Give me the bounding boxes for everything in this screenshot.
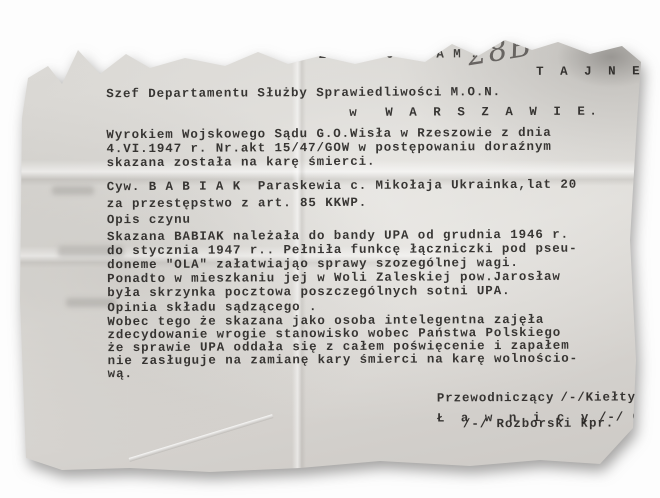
offense-line: za przestępstwo z art. 85 KKWP. xyxy=(107,196,368,211)
convict-name-line: Cyw. B A B I A K Paraskewia c. Mikołaja … xyxy=(107,178,578,194)
opinion-line: nie zasługuje na zamianę kary śmierci na… xyxy=(108,352,579,368)
section-heading-opinia: Opinia składu sądzącego . xyxy=(107,300,317,315)
verdict-line: skazana została na karę śmierci. xyxy=(107,155,376,170)
verdict-line: 4.VI.1947 r. Nr.akt 15/47/GOW w postępow… xyxy=(106,140,551,156)
addressee-line-2: w W A R S Z A W I E. xyxy=(349,105,601,120)
classification-stamp: T A J N E xyxy=(536,64,644,79)
paper-sheet: S Z Y F R O G R A M . 28B T A J N E Szef… xyxy=(0,0,660,498)
handwritten-number: 28B xyxy=(465,28,536,73)
section-heading-opis-czynu: Opis czynu xyxy=(107,213,191,227)
deed-line: była skrzynka pocztowa poszczególnych so… xyxy=(107,284,510,300)
paper-sheet-wrapper: S Z Y F R O G R A M . 28B T A J N E Szef… xyxy=(0,0,660,498)
addressee-line-1: Szef Departamentu Służby Sprawiedliwości… xyxy=(106,85,501,101)
signature-juror-2: /-/ Rozborski kpr. xyxy=(463,417,614,432)
document-photo: S Z Y F R O G R A M . 28B T A J N E Szef… xyxy=(0,0,660,498)
document-title: S Z Y F R O G R A M . xyxy=(302,47,479,62)
typewritten-text-layer: S Z Y F R O G R A M . 28B T A J N E Szef… xyxy=(0,0,660,498)
opinion-line: wą. xyxy=(108,367,133,381)
